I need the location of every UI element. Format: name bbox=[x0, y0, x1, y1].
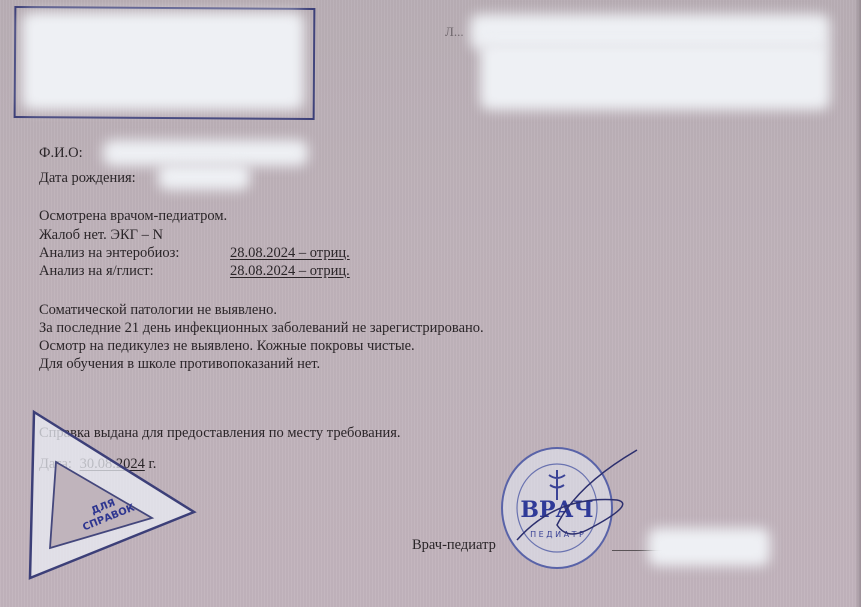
conclusion-2: За последние 21 день инфекционных заболе… bbox=[39, 320, 484, 337]
exam-line-2: Жалоб нет. ЭКГ – N bbox=[39, 227, 163, 244]
conclusion-4: Для обучения в школе противопоказаний не… bbox=[39, 356, 320, 373]
test-label: Анализ на энтеробиоз: bbox=[39, 245, 179, 261]
triangle-stamp: ДЛЯ СПРАВОК bbox=[22, 400, 202, 580]
conclusion-3: Осмотр на педикулез не выявлено. Кожные … bbox=[39, 338, 415, 355]
doctor-label: Врач-педиатр bbox=[412, 537, 496, 554]
test-helminths: Анализ на я/глист: 28.08.2024 – отриц. bbox=[39, 263, 154, 280]
header-right-fragment: Л... bbox=[445, 24, 464, 40]
test-label: Анализ на я/глист: bbox=[39, 263, 154, 279]
test-result: 28.08.2024 – отриц. bbox=[230, 245, 350, 262]
patient-dob-label: Дата рождения: bbox=[39, 170, 136, 187]
redaction-doctor-name bbox=[648, 528, 770, 566]
redaction-patient-dob bbox=[158, 164, 250, 190]
redaction-organization-stamp bbox=[22, 12, 304, 110]
doctor-round-stamp: ВРАЧ П Е Д И А Т Р bbox=[497, 445, 657, 575]
patient-name-label: Ф.И.О: bbox=[39, 145, 83, 162]
paper-edge bbox=[855, 0, 861, 607]
redaction-patient-name bbox=[103, 140, 308, 166]
conclusion-1: Соматической патологии не выявлено. bbox=[39, 302, 277, 319]
test-result: 28.08.2024 – отриц. bbox=[230, 263, 350, 280]
test-enterobiosis: Анализ на энтеробиоз: 28.08.2024 – отриц… bbox=[39, 245, 179, 262]
redaction-header-right-2 bbox=[480, 42, 830, 110]
exam-line-1: Осмотрена врачом-педиатром. bbox=[39, 208, 227, 225]
